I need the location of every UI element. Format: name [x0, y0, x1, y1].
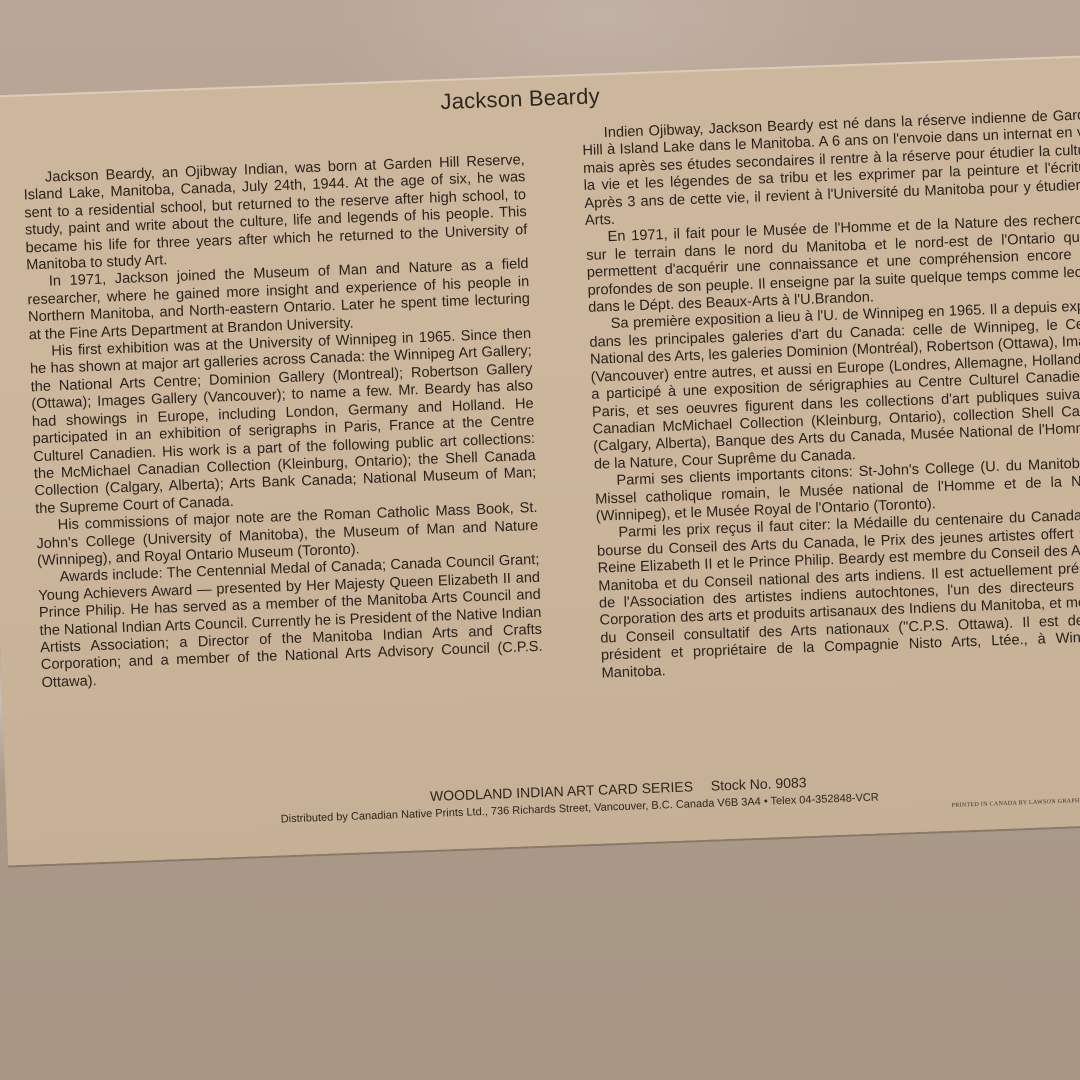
french-paragraph: Parmi les prix reçus il faut citer: la M…	[596, 507, 1080, 683]
stock-number: Stock No. 9083	[711, 774, 807, 793]
french-biography: Indien Ojibway, Jackson Beardy est né da…	[582, 107, 1080, 683]
art-card: Jackson Beardy Jackson Beardy, an Ojibwa…	[0, 54, 1080, 865]
english-biography: Jackson Beardy, an Ojibway Indian, was b…	[23, 152, 544, 692]
french-paragraph: Sa première exposition a lieu à l'U. de …	[589, 298, 1080, 474]
printer-credit: PRINTED IN CANADA BY LAWSON GRAPHICS	[952, 798, 1080, 809]
english-paragraph: Jackson Beardy, an Ojibway Indian, was b…	[23, 152, 528, 275]
english-paragraph: His first exhibition was at the Universi…	[29, 326, 537, 518]
card-title: Jackson Beardy	[440, 83, 600, 115]
english-paragraph: Awards include: The Centennial Medal of …	[37, 552, 543, 692]
french-paragraph: Indien Ojibway, Jackson Beardy est né da…	[582, 107, 1080, 230]
